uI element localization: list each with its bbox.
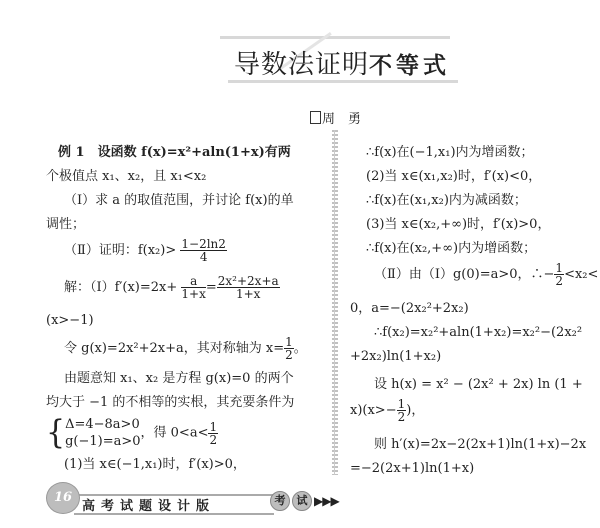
text-line: 。 [294, 341, 307, 356]
text-line: （Ⅱ）证明：f(x₂)> [64, 243, 176, 258]
title-rule-top [220, 36, 450, 39]
text-line: ∴f(x)在(x₂,+∞)内为增函数； [366, 242, 536, 256]
text-line: ∴f(x)在(−1,x₁)内为增函数； [366, 146, 534, 160]
text-line: （Ⅰ）求 a 的取值范围，并讨论 f(x)的单 [64, 194, 294, 208]
denominator: 2 [397, 411, 407, 423]
text-line: ，得 0<a< [141, 426, 209, 441]
text-line: 解：（Ⅰ）f′(x)=2x+ [64, 280, 177, 295]
article-title-banner: 导数法证明不等式 [220, 32, 460, 88]
column-divider [332, 130, 338, 475]
text-line: +2x₂)ln(1+x₂) [350, 350, 441, 364]
example-heading-line: 例 1 设函数 f(x)=x²+aln(1+x)有两 [58, 146, 291, 160]
byline-box-icon [310, 111, 321, 124]
text-line: 设 h(x) = x² − (2x² + 2x) ln (1 + [374, 378, 583, 392]
title-light-part: 导数法证明 [234, 50, 369, 80]
denominator: 2 [284, 349, 294, 361]
text-line: (x>− [362, 403, 396, 418]
text-line: 个极值点 x₁、x₂，且 x₁<x₂ [46, 170, 206, 184]
part-two-line: （Ⅱ）由（Ⅰ）g(0)=a>0，∴−12<x₂< [374, 262, 598, 287]
page-footer: 16 高考试题设计版 考 试 ▶▶▶ [52, 487, 302, 511]
text-line: 0，a=−(2x₂²+2x₂) [350, 302, 469, 316]
fraction: 12 [397, 398, 407, 423]
system-rows: Δ=4−8a>0g(−1)=a>0 [65, 416, 140, 450]
text-line: (3)当 x∈(x₂,+∞)时，f′(x)>0， [366, 218, 550, 232]
text-line: 调性； [46, 218, 85, 232]
system-row: Δ=4−8a>0 [65, 416, 140, 433]
fraction: 1−2ln24 [180, 238, 227, 263]
text-line: (x>−1) [46, 314, 94, 328]
denominator: 1+x [217, 288, 280, 300]
fraction: 2x²+2x+a1+x [217, 275, 280, 300]
condition-system: {Δ=4−8a>0g(−1)=a>0，得 0<a<12 [46, 416, 218, 450]
text-line: (1)当 x∈(−1,x₁)时，f′(x)>0， [64, 458, 246, 472]
fraction: 12 [554, 262, 564, 287]
text-line: x) [350, 403, 362, 418]
proof-line: （Ⅱ）证明：f(x₂)> 1−2ln24 [64, 238, 227, 263]
numerator: 1 [208, 421, 218, 434]
page-number-badge: 16 [46, 482, 80, 514]
text-line: =−2(2x+1)ln(1+x) [350, 462, 474, 476]
text-line: （Ⅱ）由（Ⅰ）g(0)=a>0，∴− [374, 267, 554, 282]
derivative-line: 解：（Ⅰ）f′(x)=2x+ a1+x=2x²+2x+a1+x [64, 275, 280, 300]
left-brace-icon: { [46, 417, 65, 450]
text-line: 由题意知 x₁、x₂ 是方程 g(x)=0 的两个 [64, 372, 294, 386]
author-name: 周 勇 [322, 112, 361, 127]
denominator: 1+x [181, 288, 205, 300]
fraction: a1+x [181, 275, 205, 300]
text-line: (2)当 x∈(x₁,x₂)时，f′(x)<0， [366, 170, 541, 184]
h-domain-line: x)(x>−12)， [350, 398, 424, 423]
text-line: ∴f(x)在(x₁,x₂)内为减函数； [366, 194, 527, 208]
text-line: 令 g(x)=2x²+2x+a，其对称轴为 x= [64, 341, 284, 356]
triple-arrow-icon: ▶▶▶ [314, 494, 339, 508]
denominator: 2 [554, 275, 564, 287]
text-line: 则 h′(x)=2x−2(2x+1)ln(1+x)−2x [374, 438, 586, 452]
fraction: 12 [284, 336, 294, 361]
text-line: 均大于 −1 的不相等的实根，其充要条件为 [46, 396, 294, 410]
g-definition-line: 令 g(x)=2x²+2x+a，其对称轴为 x=12。 [64, 336, 307, 361]
magazine-name: 高考试题设计版 [82, 495, 215, 514]
fraction: 12 [208, 421, 218, 446]
article-title: 导数法证明不等式 [234, 44, 450, 81]
text-line: 例 1 设函数 f(x)=x²+aln(1+x)有两 [58, 145, 291, 160]
text-line: ∴f(x₂)=x₂²+aln(1+x₂)=x₂²−(2x₂² [374, 326, 582, 340]
shi-circle-icon: 试 [292, 491, 312, 511]
kao-circle-icon: 考 [270, 491, 290, 511]
title-bold-part: 不等式 [369, 53, 450, 79]
denominator: 4 [180, 251, 227, 263]
system-row: g(−1)=a>0 [65, 433, 140, 450]
text-line: <x₂< [564, 267, 598, 282]
text-line: = [206, 280, 217, 295]
denominator: 2 [208, 434, 218, 446]
author-byline: 周 勇 [310, 108, 361, 127]
text-line: )， [406, 403, 424, 418]
